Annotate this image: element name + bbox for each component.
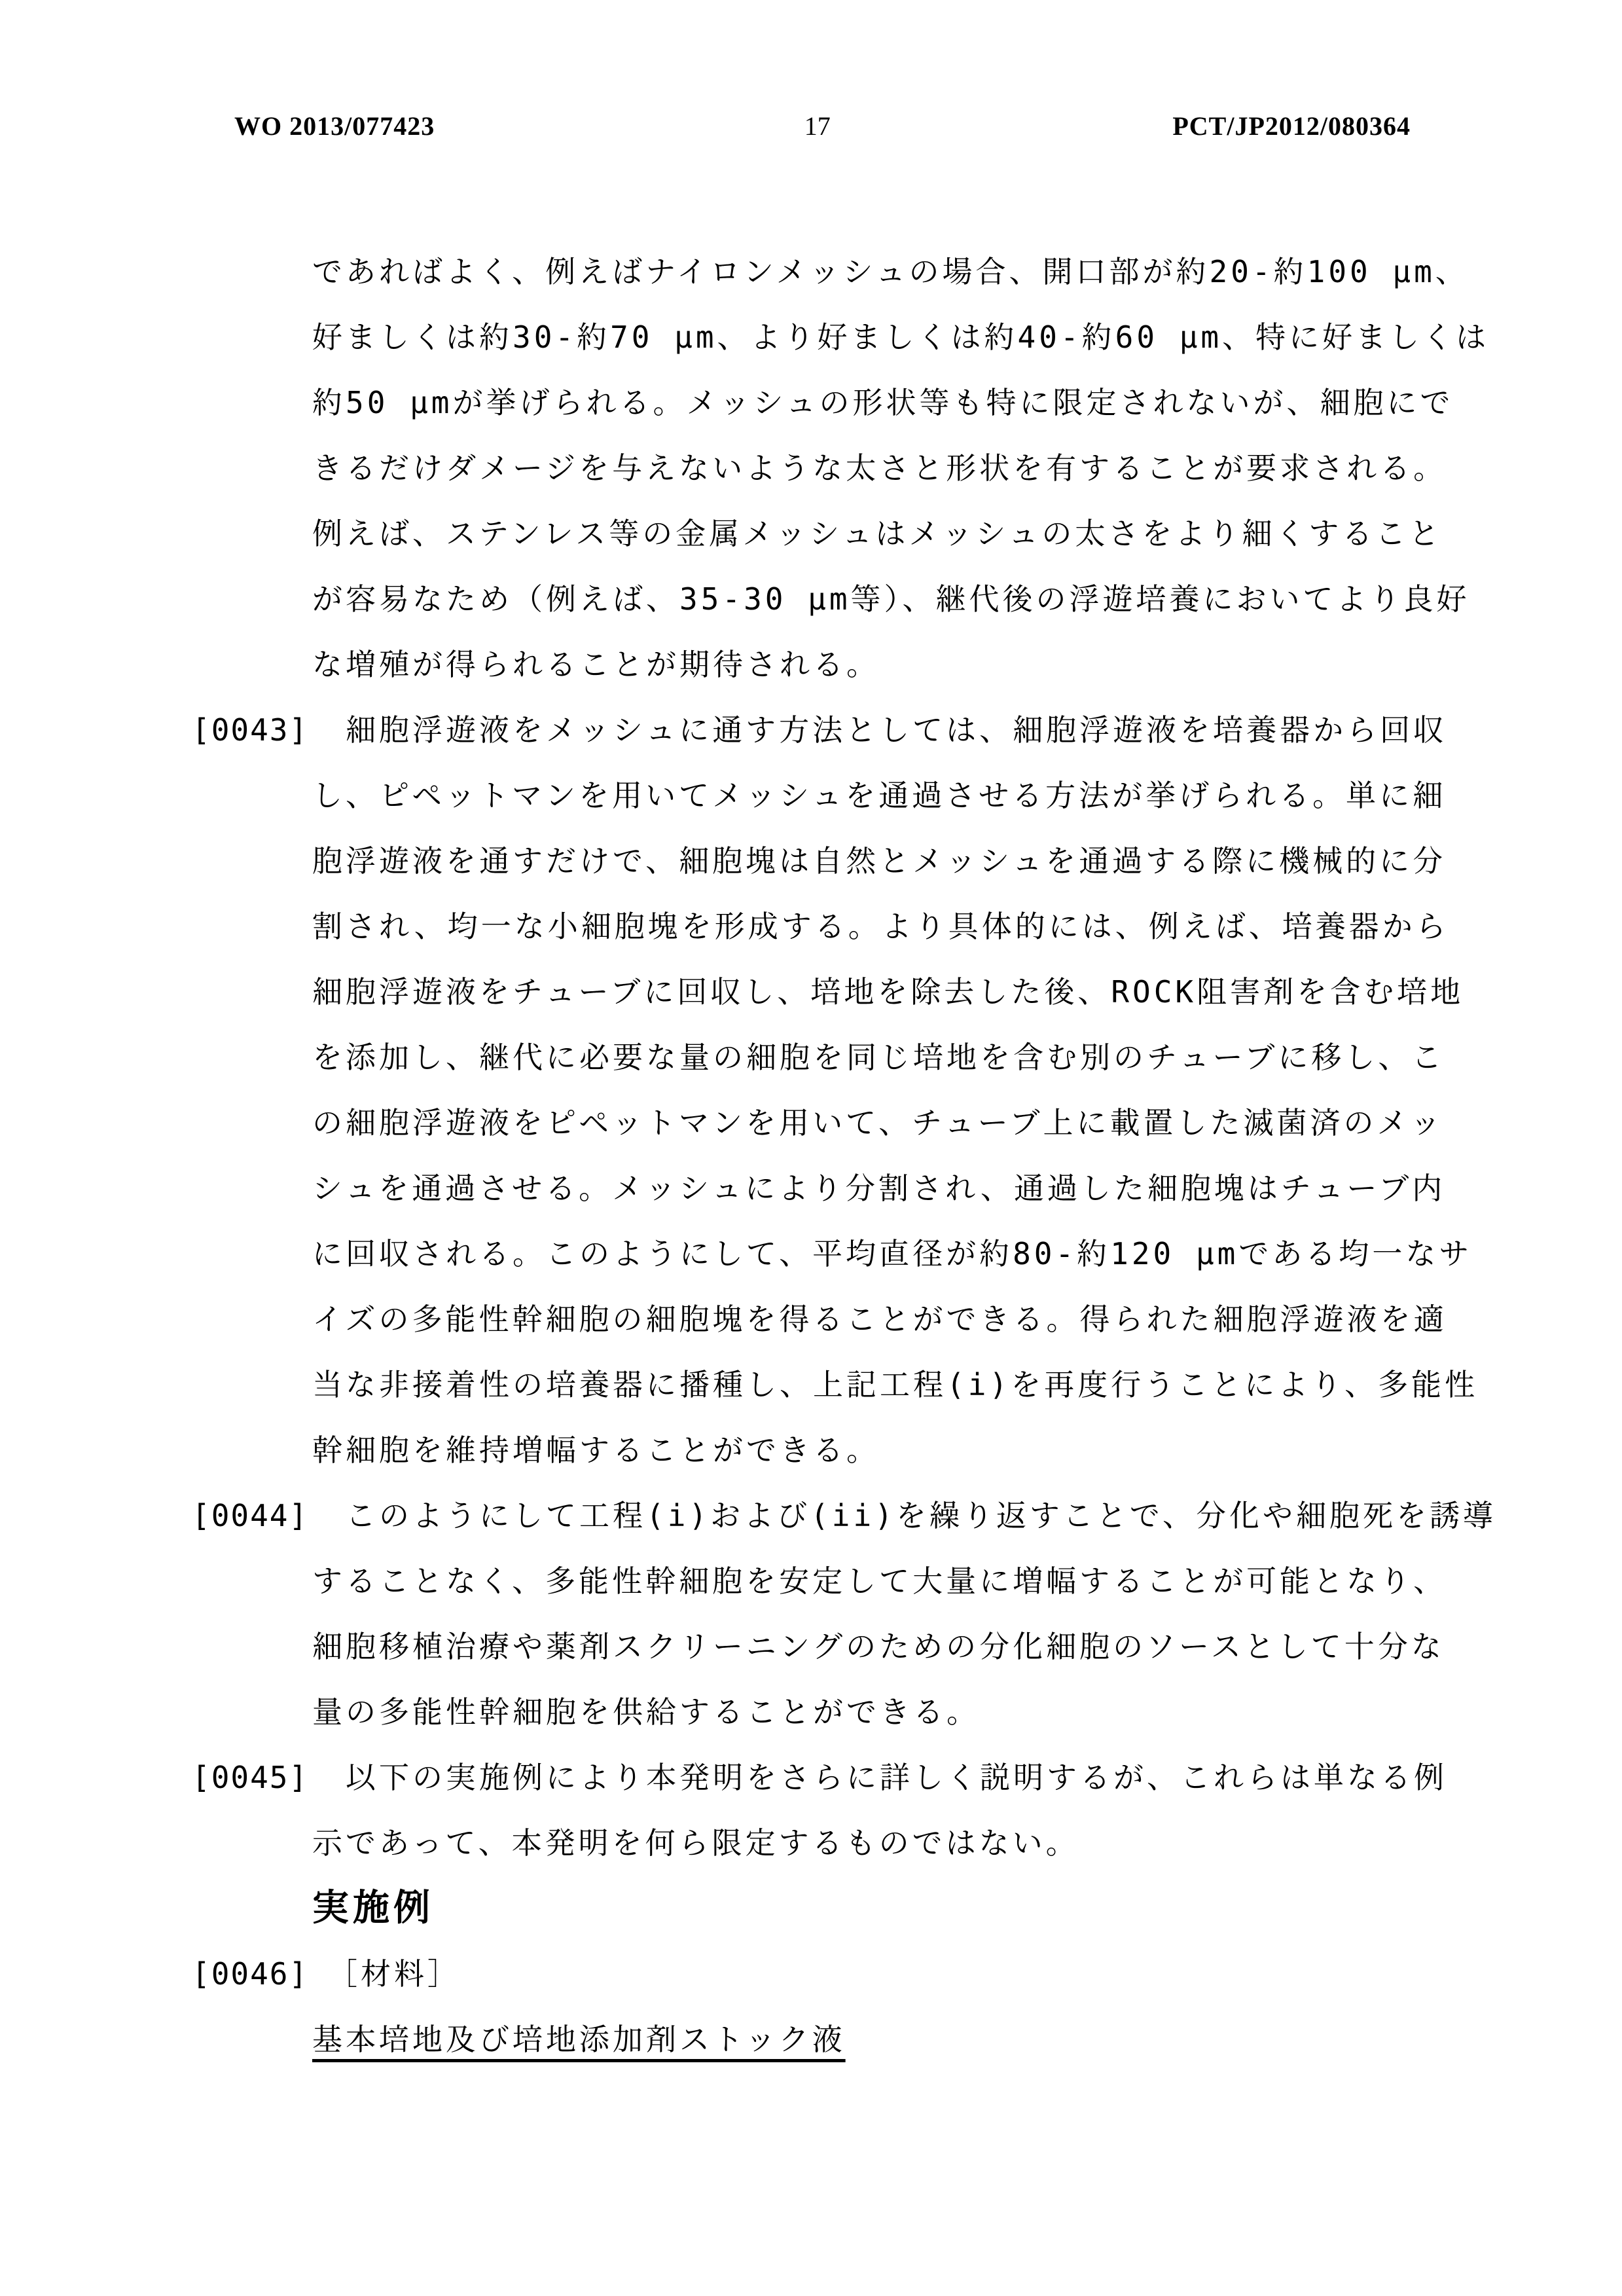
text-line: 示であって、本発明を何ら限定するものではない。 bbox=[0, 1810, 1622, 1876]
text-line: であればよく、例えばナイロンメッシュの場合、開口部が約20-約100 μm、 bbox=[0, 239, 1622, 304]
text-line: [0045]以下の実施例により本発明をさらに詳しく説明するが、これらは単なる例 bbox=[0, 1745, 1622, 1810]
text-line: 幹細胞を維持増幅することができる。 bbox=[0, 1417, 1622, 1483]
line-text: 好ましくは約30-約70 μm、より好ましくは約40-約60 μm、特に好ましく… bbox=[312, 304, 1489, 370]
line-text: 約50 μmが挙げられる。メッシュの形状等も特に限定されないが、細胞にで bbox=[312, 370, 1454, 435]
text-line: 割され、均一な小細胞塊を形成する。より具体的には、例えば、培養器から bbox=[0, 894, 1622, 959]
text-line: 胞浮遊液を通すだけで、細胞塊は自然とメッシュを通過する際に機械的に分 bbox=[0, 828, 1622, 894]
text-line: シュを通過させる。メッシュにより分割され、通過した細胞塊はチューブ内 bbox=[0, 1156, 1622, 1221]
text-line: を添加し、継代に必要な量の細胞を同じ培地を含む別のチューブに移し、こ bbox=[0, 1025, 1622, 1090]
text-line: 好ましくは約30-約70 μm、より好ましくは約40-約60 μm、特に好ましく… bbox=[0, 304, 1622, 370]
text-line: 当な非接着性の培養器に播種し、上記工程(i)を再度行うことにより、多能性 bbox=[0, 1352, 1622, 1417]
line-text: であればよく、例えばナイロンメッシュの場合、開口部が約20-約100 μm、 bbox=[312, 239, 1469, 304]
line-text: することなく、多能性幹細胞を安定して大量に増幅することが可能となり、 bbox=[312, 1548, 1447, 1614]
line-text: 割され、均一な小細胞塊を形成する。より具体的には、例えば、培養器から bbox=[312, 894, 1449, 959]
line-text: 示であって、本発明を何ら限定するものではない。 bbox=[312, 1810, 1079, 1876]
text-line: きるだけダメージを与えないような太さと形状を有することが要求される。 bbox=[0, 435, 1622, 501]
text-line: 実施例 bbox=[0, 1876, 1622, 1941]
text-line: 細胞浮遊液をチューブに回収し、培地を除去した後、ROCK阻害剤を含む培地 bbox=[0, 959, 1622, 1025]
paragraph-number: [0045] bbox=[192, 1745, 308, 1810]
text-line: に回収される。このようにして、平均直径が約80-約120 μmである均一なサ bbox=[0, 1221, 1622, 1286]
text-line: 約50 μmが挙げられる。メッシュの形状等も特に限定されないが、細胞にで bbox=[0, 370, 1622, 435]
text-line: 例えば、ステンレス等の金属メッシュはメッシュの太さをより細くすること bbox=[0, 501, 1622, 566]
text-line: 細胞移植治療や薬剤スクリーニングのための分化細胞のソースとして十分な bbox=[0, 1614, 1622, 1679]
text-line: イズの多能性幹細胞の細胞塊を得ることができる。得られた細胞浮遊液を適 bbox=[0, 1286, 1622, 1352]
line-text: 胞浮遊液を通すだけで、細胞塊は自然とメッシュを通過する際に機械的に分 bbox=[312, 828, 1446, 894]
page-number: 17 bbox=[804, 110, 831, 143]
line-text: このようにして工程(i)および(ii)を繰り返すことで、分化や細胞死を誘導 bbox=[346, 1483, 1496, 1548]
text-line: 基本培地及び培地添加剤ストック液 bbox=[0, 2007, 1622, 2072]
page-header: WO 2013/077423 17 PCT/JP2012/080364 bbox=[0, 110, 1622, 143]
text-line: の細胞浮遊液をピペットマンを用いて、チューブ上に載置した滅菌済のメッ bbox=[0, 1090, 1622, 1156]
text-line: 量の多能性幹細胞を供給することができる。 bbox=[0, 1679, 1622, 1745]
line-text: を添加し、継代に必要な量の細胞を同じ培地を含む別のチューブに移し、こ bbox=[312, 1025, 1445, 1090]
line-text: な増殖が得られることが期待される。 bbox=[312, 632, 880, 697]
text-line: な増殖が得られることが期待される。 bbox=[0, 632, 1622, 697]
line-text: シュを通過させる。メッシュにより分割され、通過した細胞塊はチューブ内 bbox=[312, 1156, 1445, 1221]
line-text: し、ピペットマンを用いてメッシュを通過させる方法が挙げられる。単に細 bbox=[312, 763, 1446, 828]
line-text: ［材料］ bbox=[327, 1941, 461, 2007]
text-line: [0043]細胞浮遊液をメッシュに通す方法としては、細胞浮遊液を培養器から回収 bbox=[0, 697, 1622, 763]
line-text: 当な非接着性の培養器に播種し、上記工程(i)を再度行うことにより、多能性 bbox=[312, 1352, 1478, 1417]
text-line: することなく、多能性幹細胞を安定して大量に増幅することが可能となり、 bbox=[0, 1548, 1622, 1614]
line-text: イズの多能性幹細胞の細胞塊を得ることができる。得られた細胞浮遊液を適 bbox=[312, 1286, 1447, 1352]
line-text: 例えば、ステンレス等の金属メッシュはメッシュの太さをより細くすること bbox=[312, 501, 1442, 566]
text-line: し、ピペットマンを用いてメッシュを通過させる方法が挙げられる。単に細 bbox=[0, 763, 1622, 828]
text-line: が容易なため（例えば、35-30 μm等）、継代後の浮遊培養においてより良好 bbox=[0, 566, 1622, 632]
patent-document-page: WO 2013/077423 17 PCT/JP2012/080364 であれば… bbox=[0, 0, 1622, 2296]
paragraph-number: [0044] bbox=[192, 1483, 308, 1548]
paragraph-number: [0043] bbox=[192, 697, 308, 763]
line-text: 幹細胞を維持増幅することができる。 bbox=[312, 1417, 880, 1483]
line-text: が容易なため（例えば、35-30 μm等）、継代後の浮遊培養においてより良好 bbox=[312, 566, 1470, 632]
text-line: [0046]［材料］ bbox=[0, 1941, 1622, 2007]
line-text: きるだけダメージを与えないような太さと形状を有することが要求される。 bbox=[312, 435, 1447, 501]
line-text: 以下の実施例により本発明をさらに詳しく説明するが、これらは単なる例 bbox=[346, 1745, 1447, 1810]
underlined-subheading: 基本培地及び培地添加剤ストック液 bbox=[312, 2007, 846, 2072]
publication-number: WO 2013/077423 bbox=[234, 110, 435, 143]
line-text: 量の多能性幹細胞を供給することができる。 bbox=[312, 1679, 980, 1745]
line-text: 細胞浮遊液をチューブに回収し、培地を除去した後、ROCK阻害剤を含む培地 bbox=[312, 959, 1464, 1025]
text-line: [0044]このようにして工程(i)および(ii)を繰り返すことで、分化や細胞死… bbox=[0, 1483, 1622, 1548]
line-text: に回収される。このようにして、平均直径が約80-約120 μmである均一なサ bbox=[312, 1221, 1472, 1286]
line-text: 細胞浮遊液をメッシュに通す方法としては、細胞浮遊液を培養器から回収 bbox=[346, 697, 1447, 763]
line-text: 細胞移植治療や薬剤スクリーニングのための分化細胞のソースとして十分な bbox=[312, 1614, 1445, 1679]
section-heading: 実施例 bbox=[312, 1876, 434, 1941]
line-text: の細胞浮遊液をピペットマンを用いて、チューブ上に載置した滅菌済のメッ bbox=[312, 1090, 1443, 1156]
paragraph-number: [0046] bbox=[192, 1941, 308, 2007]
document-body: であればよく、例えばナイロンメッシュの場合、開口部が約20-約100 μm、好ま… bbox=[0, 239, 1622, 2072]
application-number: PCT/JP2012/080364 bbox=[1172, 110, 1411, 143]
